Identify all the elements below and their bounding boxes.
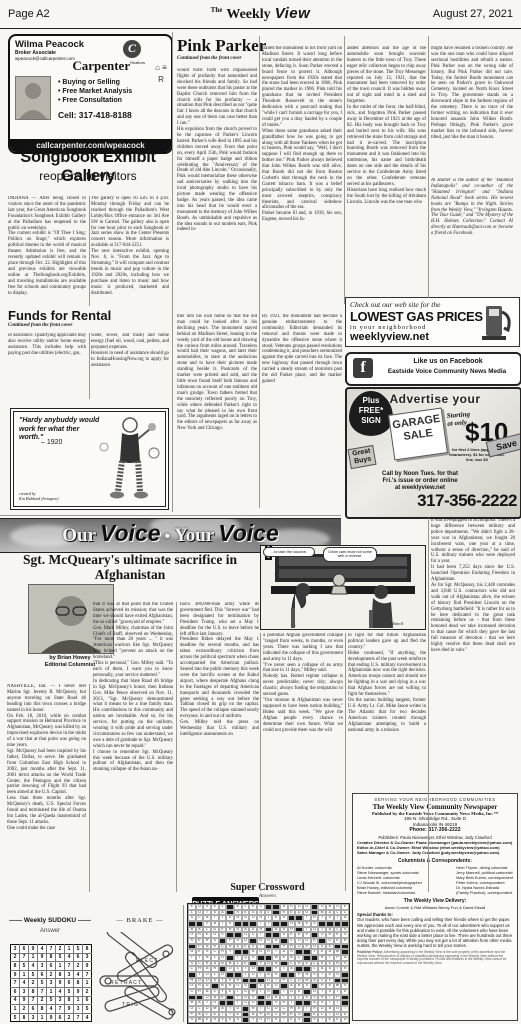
carpenter-swoosh-icon: C xyxy=(123,40,141,58)
sudoku-cell: 6 xyxy=(29,1005,38,1014)
sudoku-cell: 8 xyxy=(65,996,74,1005)
crossword-cell: R xyxy=(265,1017,273,1023)
pink-author-bio: Al Hunter is the author of the "Haunted … xyxy=(431,178,513,294)
sudoku-cell: 5 xyxy=(38,979,47,988)
ad-bullets: • Buying or Selling • Free Market Analys… xyxy=(58,78,132,105)
sudoku-cell: 5 xyxy=(29,970,38,979)
carpenter-logo: CarpenterRealtors xyxy=(72,58,145,74)
crossword-cell: S xyxy=(311,1017,319,1023)
kin-hubbard-cartoon: "Hardy anybuddy would work fer what ther… xyxy=(10,408,169,510)
crossword-cell: E xyxy=(203,1017,211,1023)
sudoku-cell: 6 xyxy=(47,962,56,971)
sudoku-cell: 6 xyxy=(11,987,20,996)
sudoku-cell: 7 xyxy=(56,1005,65,1014)
serving-line: SERVING YOUR NEIGHBORHOOD COMMUNITIES xyxy=(357,797,513,802)
sudoku-cell: 8 xyxy=(38,1005,47,1014)
sudoku-cell: 4 xyxy=(74,970,83,979)
sudoku-cell: 5 xyxy=(56,953,65,962)
crossword-cell: I xyxy=(280,1017,288,1023)
sudoku-cell: 4 xyxy=(56,987,65,996)
sudoku-cell: 9 xyxy=(65,1005,74,1014)
column-rule xyxy=(89,333,90,399)
sudoku-cell: 1 xyxy=(20,970,29,979)
delivery-header: The Weekly View Delivery: xyxy=(357,898,513,904)
crossword-cell: V xyxy=(219,1017,227,1023)
sudoku-cell: 2 xyxy=(11,953,20,962)
safety-pins-puzzle-graphic: R E T R A C T T R I G E L E C T xyxy=(96,932,182,1022)
facebook-icon: f xyxy=(353,358,373,378)
sudoku-cell: 6 xyxy=(65,979,74,988)
sudoku-cell: 2 xyxy=(74,962,83,971)
sudoku-cell: 7 xyxy=(47,945,56,954)
sudoku-cell: 2 xyxy=(20,1005,29,1014)
crossword-cell: O xyxy=(257,1017,265,1023)
svg-text:E L E C T: E L E C T xyxy=(136,958,157,964)
sudoku-cell: 5 xyxy=(47,996,56,1005)
facebook-line2: Eastside Voice Community News Media xyxy=(377,368,517,375)
sudoku-cell: 1 xyxy=(83,979,92,988)
gas-prices-promo[interactable]: Check out our web site for the LOWEST GA… xyxy=(345,297,520,347)
pink-col-1b: ther into his own home so that the old m… xyxy=(177,314,257,512)
newspaper-page: Page A2 The Weekly View August 27, 2021 … xyxy=(0,0,521,1024)
sudoku-cell: 3 xyxy=(11,945,20,954)
column-rule xyxy=(89,684,90,892)
mcqueary-headline: Sgt. McQueary's ultimate sacrifice in Af… xyxy=(4,552,256,582)
sudoku-cell: 2 xyxy=(56,945,65,954)
mcqueary-col-1: NASHVILLE, Ind. — I never met Marine Sgt… xyxy=(7,684,86,894)
sudoku-cell: 6 xyxy=(56,1013,65,1022)
sudoku-cell: 3 xyxy=(20,987,29,996)
sudoku-cell: 1 xyxy=(29,953,38,962)
sudoku-answer-grid: 3694721582719854638543617299156283477425… xyxy=(10,944,92,1022)
sudoku-cell: 8 xyxy=(11,962,20,971)
delivery-names: Aaron Cornell & Rita Williams Benny Furr… xyxy=(357,905,513,910)
columnists-right-list: Herb Thyme, dining columnistJerry Mannel… xyxy=(456,865,513,895)
sudoku-cell: 2 xyxy=(29,979,38,988)
funds-col-2: water, sewer, and trash) and home energy… xyxy=(91,333,169,401)
masthead-the: The xyxy=(211,6,223,14)
pink-col-2b: By 1921, the monument had become a genui… xyxy=(262,314,342,512)
column-rule xyxy=(428,36,429,298)
sudoku-cell: 3 xyxy=(74,1005,83,1014)
gas-pump-icon xyxy=(468,300,516,344)
sudoku-cell: 2 xyxy=(47,970,56,979)
publication-phone[interactable]: Phone: 317-356-2222 xyxy=(357,827,513,833)
sudoku-cell: 3 xyxy=(29,1013,38,1022)
carpenter-realtor-ad[interactable]: Wilma Peacock Broker Associate wpeacock@… xyxy=(8,34,173,154)
banner-dot: • xyxy=(165,528,171,545)
crossword-cell: E xyxy=(334,1017,342,1023)
sudoku-cell: 7 xyxy=(29,996,38,1005)
columnists-header: Columnists & Correspondents: xyxy=(357,858,513,864)
sudoku-cell: 7 xyxy=(65,962,74,971)
cartoon-credit: created by Kin Hubbard (Irvington) xyxy=(19,491,59,501)
sudoku-cell: 5 xyxy=(65,987,74,996)
sudoku-cell: 4 xyxy=(83,1013,92,1022)
crossword-cell: D xyxy=(341,1017,349,1023)
masthead-view: View xyxy=(275,5,311,22)
columnists-left-list: Al Hunter, columnistSteve Nicewanger, sp… xyxy=(357,865,422,895)
sudoku-cell: 1 xyxy=(11,1005,20,1014)
agent-name: Wilma Peacock xyxy=(15,39,171,50)
sudoku-cell: 3 xyxy=(65,970,74,979)
agent-phone[interactable]: Cell: 317-418-8188 xyxy=(58,110,132,120)
banner-voice2: Voice xyxy=(218,520,279,546)
column-rule xyxy=(183,905,184,1022)
sudoku-cell: 8 xyxy=(20,1013,29,1022)
sudoku-cell: 3 xyxy=(38,962,47,971)
crossword-cell: R xyxy=(211,1017,219,1023)
crossword-cell xyxy=(242,1017,250,1023)
carpenter-logo-sub: Realtors xyxy=(130,60,145,65)
sudoku-cell: 8 xyxy=(56,970,65,979)
crossword-cell: E xyxy=(288,1017,296,1023)
hubbard-figure-sketch xyxy=(92,413,162,503)
sudoku-cell: 6 xyxy=(74,953,83,962)
cartoonist-signature: Marcil xyxy=(391,621,403,626)
column-rule xyxy=(259,36,260,508)
mcqueary-col-6: it was ill-equipped to accomplish. There… xyxy=(431,518,515,790)
editorial-cartoon: ON TAP ...to take the vaccine. Clean car… xyxy=(260,545,426,630)
sudoku-cell: 8 xyxy=(74,979,83,988)
sudoku-cell: 7 xyxy=(20,953,29,962)
column-rule xyxy=(344,36,345,304)
sudoku-cell: 2 xyxy=(38,996,47,1005)
sudoku-cell: 9 xyxy=(74,987,83,996)
crossword-answer-title: Super Crossword xyxy=(186,882,349,893)
sudoku-cell: 9 xyxy=(20,996,29,1005)
cartoon-year: – 1920 xyxy=(41,439,62,446)
crossword-answer-grid: EDSELELECAGOGOBOELOTSAREGALREDOMALLSCATT… xyxy=(187,903,350,1024)
crossword-cell: T xyxy=(318,1017,326,1023)
sudoku-cell: 1 xyxy=(65,945,74,954)
garage-sale-sign: GARAGE SALE xyxy=(388,407,448,460)
issue-date: August 27, 2021 xyxy=(433,8,513,20)
sudoku-cell: 1 xyxy=(56,962,65,971)
sudoku-cell: 8 xyxy=(83,945,92,954)
sudoku-cell: 4 xyxy=(47,1005,56,1014)
sudoku-cell: 4 xyxy=(20,979,29,988)
crossword-cell: K xyxy=(272,1017,280,1023)
column-rule xyxy=(260,633,261,891)
garage-phone[interactable]: 317-356-2222 xyxy=(417,491,517,511)
agent-photo xyxy=(15,76,51,120)
sudoku-cell: 7 xyxy=(38,987,47,996)
sudoku-cell: 5 xyxy=(11,1013,20,1022)
funds-continued-note: Continued from the front cover xyxy=(8,323,72,328)
sudoku-cell: 9 xyxy=(38,953,47,962)
realtor-icons: ⌂ ≡ R xyxy=(155,62,167,86)
sudoku-cell: 9 xyxy=(47,1013,56,1022)
pink-continued-note: Continued from the front cover xyxy=(177,56,241,61)
pink-col-4: might have reunited a broken country. He… xyxy=(431,46,513,176)
crossword-cell: W xyxy=(196,1017,204,1023)
publication-title: The Weekly View Community Newspaper xyxy=(357,803,513,811)
sudoku-cell: 3 xyxy=(56,996,65,1005)
crossword-cell xyxy=(303,1017,311,1023)
sudoku-cell: 6 xyxy=(38,970,47,979)
columnist-item: (Family Practice), correspondent xyxy=(456,890,513,895)
pink-col-3: added attention and the age of the autom… xyxy=(347,46,426,296)
svg-text:R E T R A C T: R E T R A C T xyxy=(110,980,141,986)
sudoku-cell: 6 xyxy=(83,996,92,1005)
great-buys-tag: Great Buys xyxy=(347,445,376,469)
crossword-cell: E xyxy=(326,1017,334,1023)
sudoku-cell: 7 xyxy=(11,979,20,988)
sudoku-cell: 9 xyxy=(29,945,38,954)
funds-headline: Funds for Rental xyxy=(8,308,111,323)
funds-col-1: of assistance. Qualifying applicants may… xyxy=(8,333,86,401)
svg-text:T R I G: T R I G xyxy=(122,1002,138,1008)
sudoku-cell: 4 xyxy=(65,953,74,962)
masthead-rule xyxy=(0,28,521,29)
mcqueary-col-3: tion's 300,000-man army while its govern… xyxy=(180,602,259,894)
publisher-policy: Publisher Policy: Advertising appearing … xyxy=(357,951,513,967)
column-rule xyxy=(428,518,429,892)
sudoku-answer-title: —— Weekly SUDOKU —— xyxy=(2,917,98,924)
sudoku-cell: 8 xyxy=(47,953,56,962)
garage-ad-header: Advertise your xyxy=(375,392,495,406)
pink-col-2: stalled the monument in his front yard o… xyxy=(262,46,342,308)
crossword-cell: Y xyxy=(249,1017,257,1023)
pink-col-1: would burst forth with impassioned fligh… xyxy=(177,68,257,308)
crossword-cell: S xyxy=(188,1017,196,1023)
sudoku-cell: 9 xyxy=(11,970,20,979)
mcqueary-col-2: that it was at that point that the Unite… xyxy=(93,602,173,894)
crossword-cell: S xyxy=(234,1017,242,1023)
crossword-answer-subtitle: Answers xyxy=(186,894,349,899)
sudoku-cell: 9 xyxy=(83,962,92,971)
pink-parker-headline: Pink Parker xyxy=(177,36,266,56)
banner-your: Your xyxy=(174,525,214,546)
sudoku-cell: 1 xyxy=(47,987,56,996)
crossword-cell: E xyxy=(226,1017,234,1023)
speech-bubble-2: Clean cars must not come with a reverse. xyxy=(323,547,377,562)
sudoku-answer-subtitle: Answer xyxy=(2,928,98,934)
sudoku-cell: 6 xyxy=(20,945,29,954)
word-puzzle-answer: — BRAKE — xyxy=(100,917,180,924)
our-voice-banner-text: Our Voice • Your Voice xyxy=(0,520,341,547)
sudoku-cell: 3 xyxy=(47,979,56,988)
section-rule xyxy=(0,515,341,516)
sudoku-cell: 5 xyxy=(74,945,83,954)
sudoku-cell: 5 xyxy=(83,1005,92,1014)
sudoku-cell: 4 xyxy=(38,945,47,954)
sudoku-cell: 2 xyxy=(65,1013,74,1022)
thanks-text: Our readers, who have been calling and t… xyxy=(357,917,512,948)
mcqueary-col-4: a potential Afghan government collapse "… xyxy=(263,633,343,893)
sudoku-cell: 8 xyxy=(29,987,38,996)
sudoku-cell: 3 xyxy=(83,953,92,962)
column-rule xyxy=(172,32,173,512)
sudoku-cell: 1 xyxy=(74,996,83,1005)
sudoku-cell: 4 xyxy=(29,962,38,971)
free-sign-burst: Plus FREE* SIGN xyxy=(349,391,393,436)
special-thanks: Special thanks to:Our readers, who have … xyxy=(357,912,513,948)
sudoku-cell: 1 xyxy=(38,1013,47,1022)
sudoku-cell: 7 xyxy=(74,1013,83,1022)
column-rule xyxy=(345,633,346,891)
masthead-weekly: Weekly xyxy=(226,7,270,22)
songbook-col-2: The gallery is open 10 a.m. to 4 p.m. Mo… xyxy=(91,196,169,308)
sudoku-cell: 7 xyxy=(83,970,92,979)
songbook-subhead: reopens to visitors xyxy=(4,169,172,183)
banner-our: Our xyxy=(62,525,96,546)
garage-call-info: Call by Noon Tues. for that Fri.'s issue… xyxy=(381,471,459,492)
sudoku-cell: 4 xyxy=(11,996,20,1005)
column-rule xyxy=(176,602,177,892)
banner-voice1: Voice xyxy=(100,520,161,546)
crossword-cell: S xyxy=(295,1017,303,1023)
speech-bubble-1: ...to take the vaccine. xyxy=(263,547,315,557)
sudoku-cell: 2 xyxy=(83,987,92,996)
column-rule xyxy=(89,196,90,306)
sudoku-cell: 9 xyxy=(56,979,65,988)
garage-sale-ad[interactable]: Advertise your Plus FREE* SIGN GARAGE SA… xyxy=(345,387,521,519)
facebook-line1: Like us on Facebook xyxy=(381,358,515,365)
columnist-item: Steve Barnett, historian/columnist xyxy=(357,890,422,895)
columnists-lists: Al Hunter, columnistSteve Nicewanger, sp… xyxy=(357,865,513,895)
songbook-col-1: INDIANA — After being closed to visitors… xyxy=(8,196,86,308)
sudoku-cell: 5 xyxy=(20,962,29,971)
publication-info-box: SERVING YOUR NEIGHBORHOOD COMMUNITIES Th… xyxy=(352,793,518,1021)
owner-line3: Sales Manager & Co-Owner: Judy Crawford … xyxy=(357,850,513,855)
facebook-promo[interactable]: f Like us on Facebook Eastside Voice Com… xyxy=(345,352,521,386)
